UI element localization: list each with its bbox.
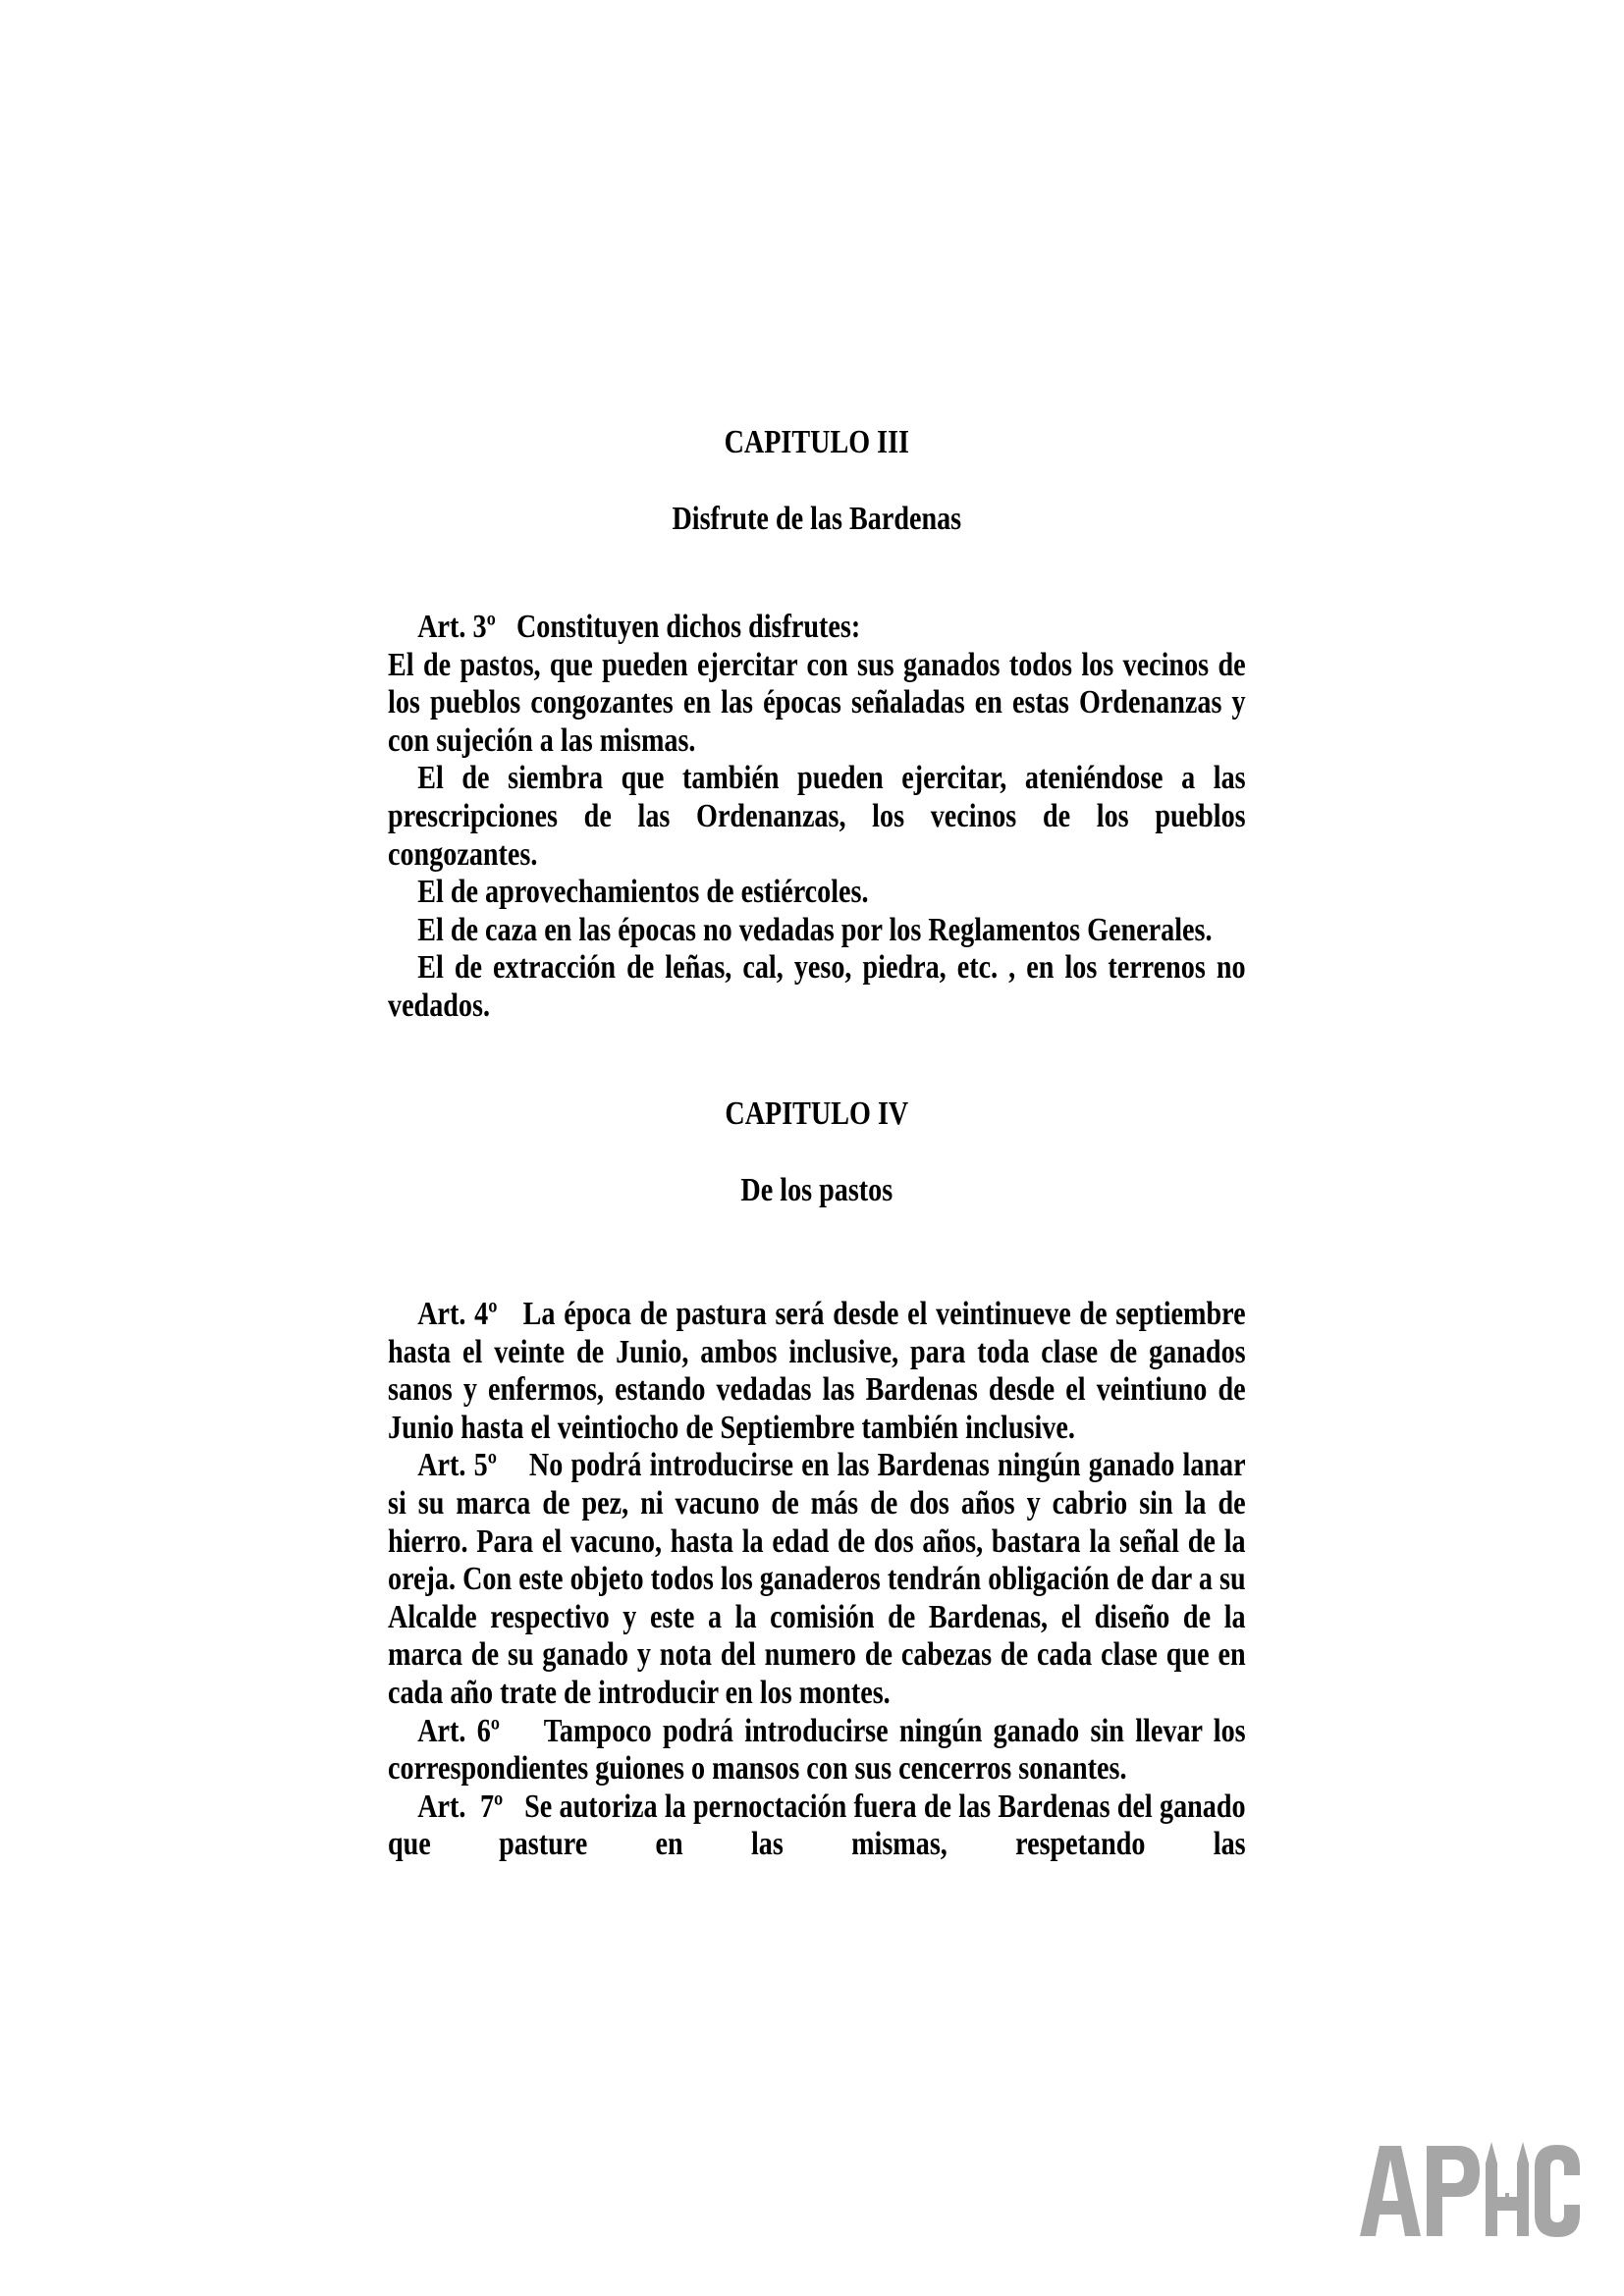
paragraph: El de siembra que también pueden ejercit… [388,760,1246,874]
aphc-logo [1350,2140,1586,2238]
chapter-4-heading-block: CAPITULO IV [388,1095,1246,1134]
paragraph: El de aprovechamientos de estiércoles. [388,874,1246,912]
article-label: Art. 3º [417,609,516,645]
paragraph: El de extracción de leñas, cal, yeso, pi… [388,949,1246,1025]
paragraph: El de pastos, que pueden ejercitar con s… [388,647,1246,761]
chapter-title: CAPITULO IV [388,1095,1246,1134]
chapter-4-body: Art. 4º La época de pastura será desde e… [388,1296,1246,1864]
chapter-title: CAPITULO III [388,424,1246,462]
chapter-3-heading-block: CAPITULO III [388,424,1246,462]
document-page: CAPITULO III Disfrute de las Bardenas Ar… [0,0,1624,2296]
chapter-3-subtitle-block: Disfrute de las Bardenas [388,501,1246,539]
article-text: No podrá introducirse en las Bardenas ni… [388,1447,1246,1711]
chapter-3-body: Art. 3º Constituyen dichos disfrutes: El… [388,609,1246,1026]
article-paragraph: Art. 6º Tampoco podrá introducirse ningú… [388,1713,1246,1789]
article-label: Art. 6º [417,1713,543,1749]
article-paragraph: Art. 3º Constituyen dichos disfrutes: [388,609,1246,647]
article-label: Art. 5º [417,1447,529,1483]
chapter-subtitle: Disfrute de las Bardenas [388,501,1246,539]
chapter-4-subtitle-block: De los pastos [388,1172,1246,1210]
article-label: Art. 7º [417,1789,524,1825]
article-paragraph: Art. 7º Se autoriza la pernoctación fuer… [388,1789,1246,1864]
article-paragraph: Art. 4º La época de pastura será desde e… [388,1296,1246,1447]
article-label: Art. 4º [417,1296,522,1332]
article-paragraph: Art. 5º No podrá introducirse en las Bar… [388,1447,1246,1712]
aphc-logo-icon [1350,2140,1586,2238]
paragraph: El de caza en las épocas no vedadas por … [388,912,1246,950]
article-text: Constituyen dichos disfrutes: [516,609,860,645]
chapter-subtitle: De los pastos [388,1172,1246,1210]
